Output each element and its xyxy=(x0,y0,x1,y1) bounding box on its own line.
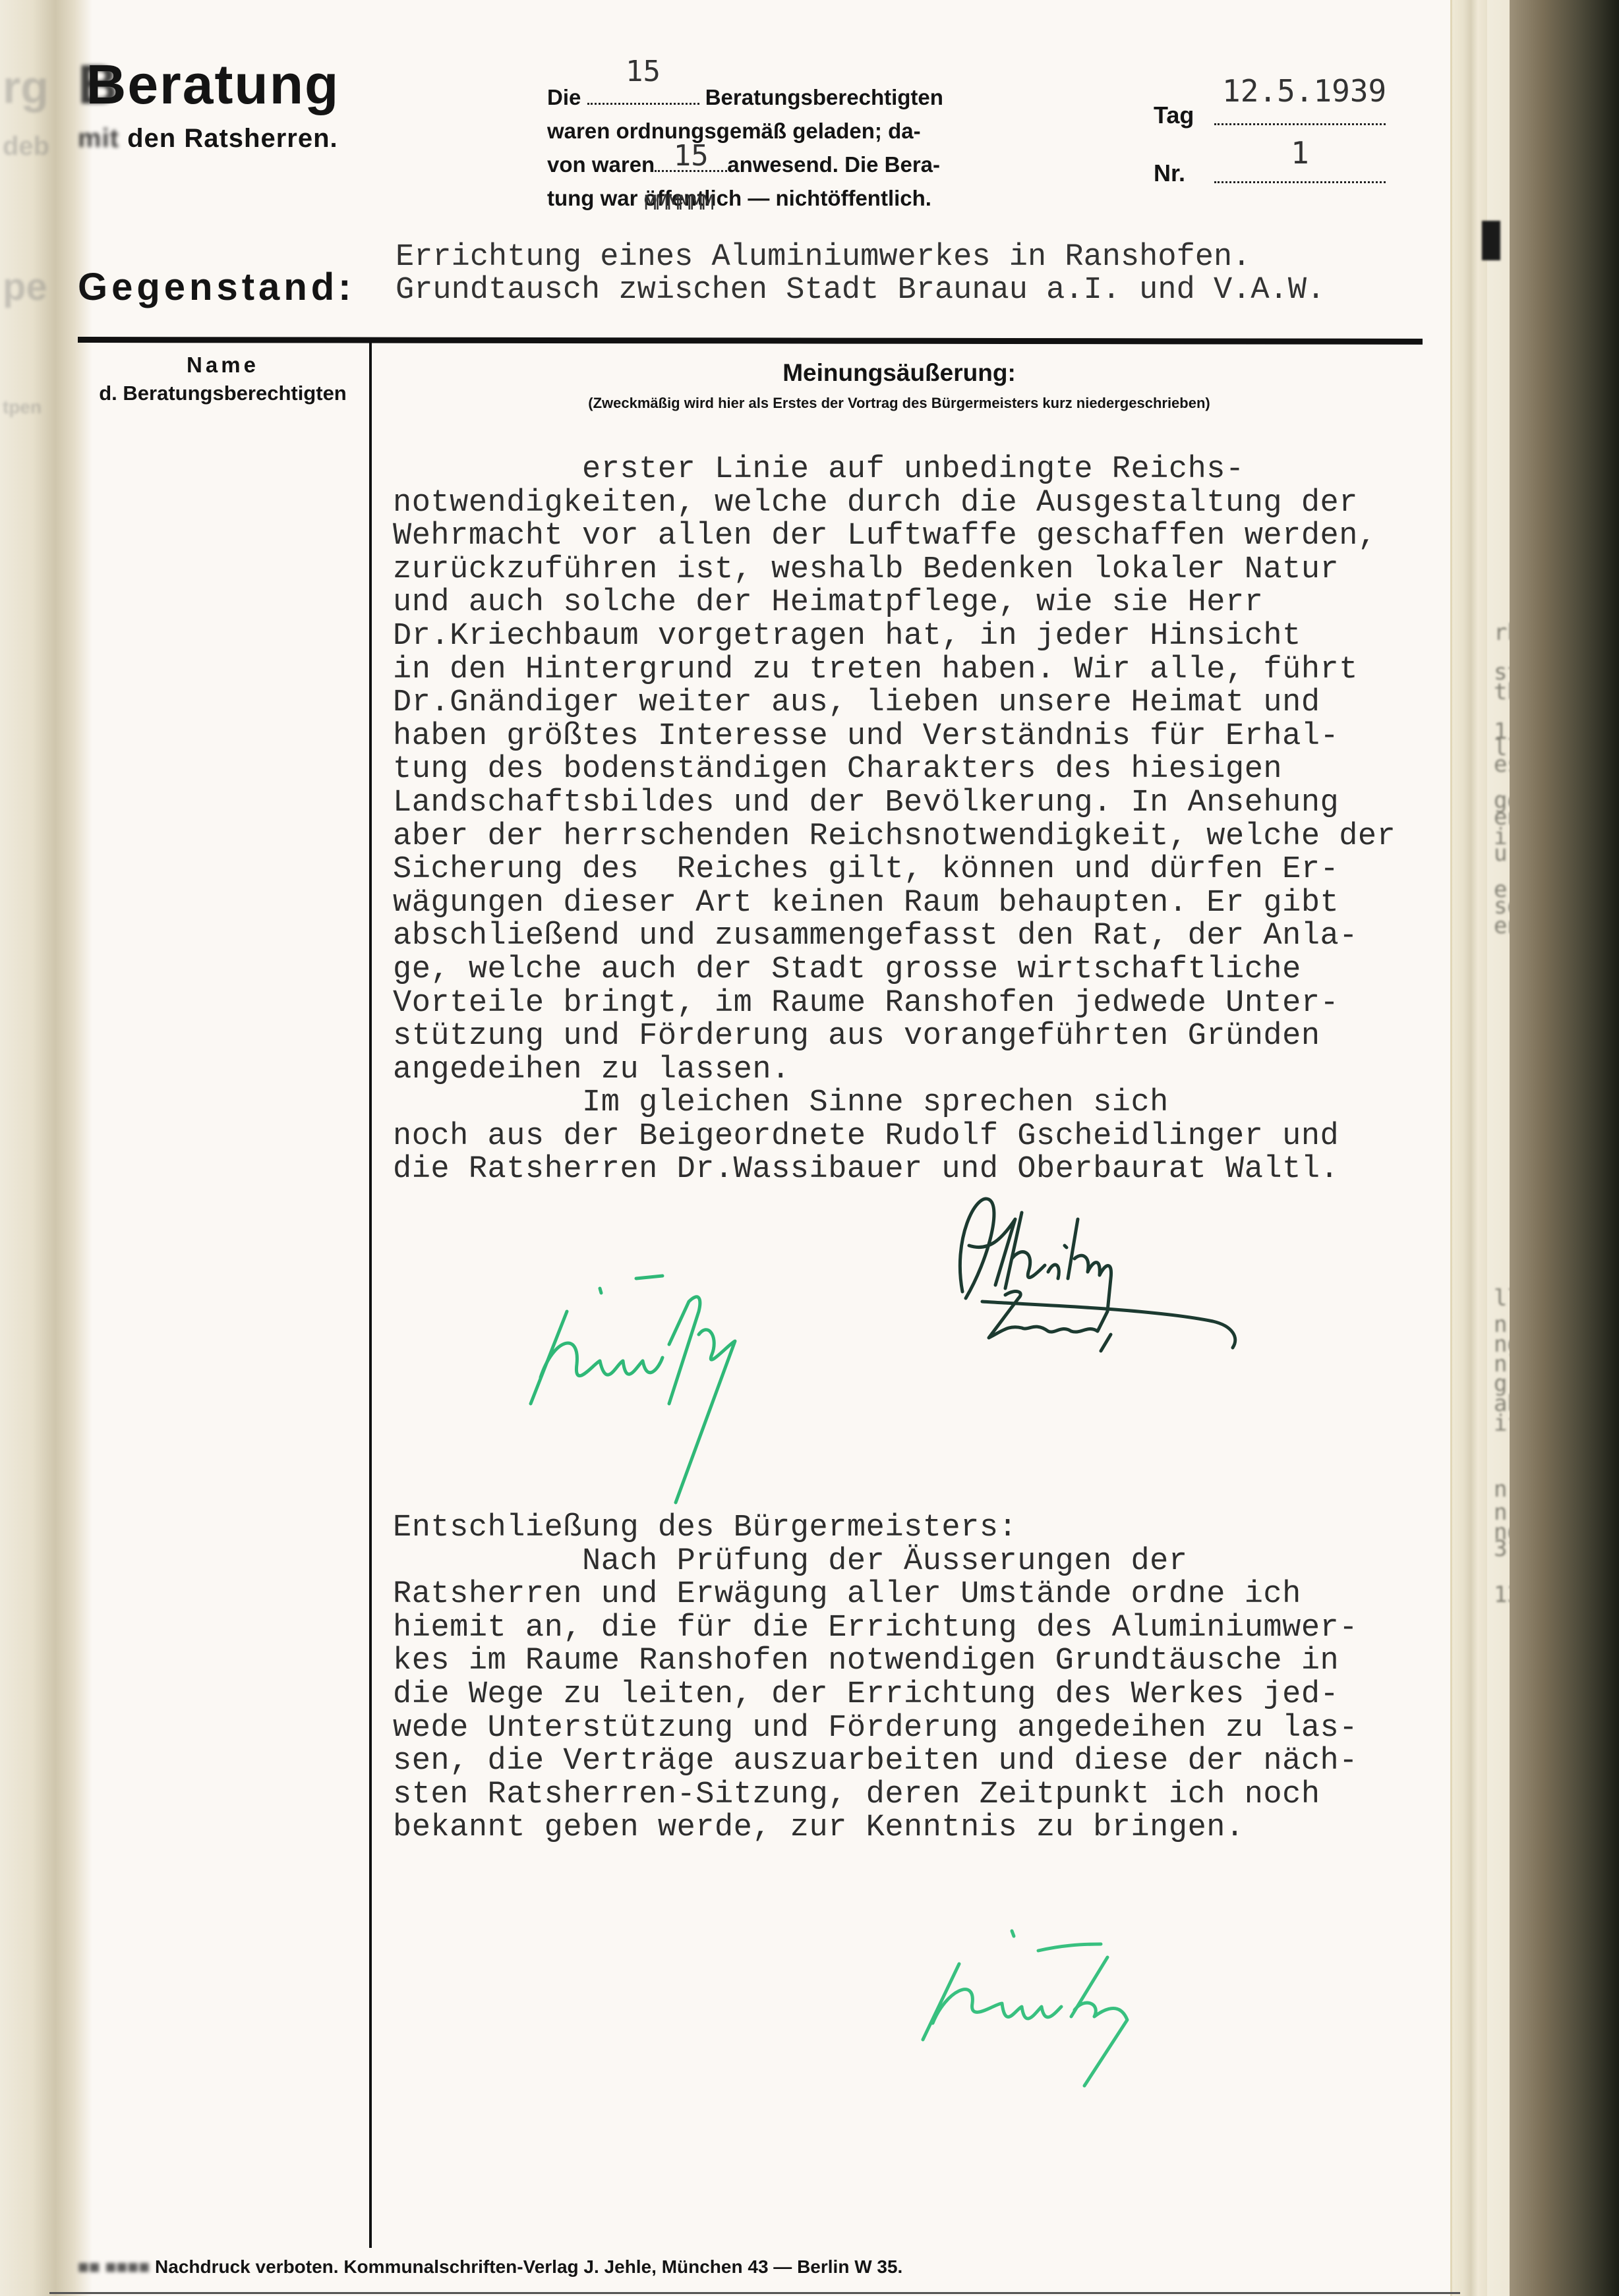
subtitle-prefix: mit xyxy=(78,124,119,153)
opinion-line: wägungen dieser Art keinen Raum behaupte… xyxy=(393,887,1396,921)
binding-shadow xyxy=(1510,0,1619,2296)
label-tung-war: tung war xyxy=(547,186,638,210)
label-die: Die xyxy=(547,85,581,109)
form-subtitle: mit den Ratsherren. xyxy=(78,124,338,154)
opinion-line: stützung und Förderung aus vorangeführte… xyxy=(393,1020,1396,1054)
decision-line: wede Unterstützung und Förderung angedei… xyxy=(393,1712,1358,1746)
opinion-line: notwendigkeiten, welche durch die Ausges… xyxy=(393,487,1396,521)
label-nichtoeffentlich: — nichtöffentlich. xyxy=(748,186,931,210)
opinion-column-subtitle: (Zweckmäßig wird hier als Erstes der Vor… xyxy=(372,395,1427,412)
opinion-line: Vorteile bringt, im Raume Ranshofen jedw… xyxy=(393,987,1396,1021)
invited-count-value: 15 xyxy=(626,55,661,88)
opinion-line: ge, welche auch der Stadt grosse wirtsch… xyxy=(393,954,1396,987)
number-field-row: Nr. 1 xyxy=(1154,129,1386,187)
decision-line: sen, die Verträge auszuarbeiten und dies… xyxy=(393,1745,1358,1779)
decision-line: sten Ratsherren-Sitzung, deren Zeitpunkt… xyxy=(393,1779,1358,1812)
decision-line: Nach Prüfung der Äusserungen der xyxy=(393,1545,1358,1579)
subject-line-1: Errichtung eines Aluminiumwerkes in Rans… xyxy=(396,241,1325,274)
opinion-line: Dr.Gnändiger weiter aus, lieben unsere H… xyxy=(393,687,1396,720)
opinion-line: erster Linie auf unbedingte Reichs- xyxy=(393,453,1396,487)
page-edge xyxy=(1450,0,1489,2296)
mayor-decision: Entschließung des Bürgermeisters: Nach P… xyxy=(393,1512,1358,1845)
subtitle-text: den Ratsherren. xyxy=(127,124,338,153)
opinion-line: zurückzuführen ist, weshalb Bedenken lok… xyxy=(393,554,1396,587)
previous-page-bleed: rg deb pe tpen xyxy=(0,0,73,2296)
councillor-signature xyxy=(949,1180,1279,1367)
footer-text: Nachdruck verboten. Kommunalschriften-Ve… xyxy=(155,2256,902,2277)
page-bottom-edge xyxy=(49,2292,1460,2294)
number-value: 1 xyxy=(1291,135,1309,171)
date-number-block: Tag 12.5.1939 Nr. 1 xyxy=(1154,71,1386,187)
strike-overtype: MMMMMM xyxy=(644,188,713,221)
subject-line-2: Grundtausch zwischen Stadt Braunau a.I. … xyxy=(396,274,1325,307)
mayor-signature-2 xyxy=(910,1924,1252,2138)
opinion-line: in den Hintergrund zu treten haben. Wir … xyxy=(393,654,1396,687)
present-count-field[interactable]: 15 xyxy=(655,150,727,172)
attendance-line-2: waren ordnungsgemäß geladen; da- xyxy=(547,114,969,148)
attendance-line-4: tung war öffentlich MMMMMM — nichtöffent… xyxy=(547,181,969,215)
date-field-row: Tag 12.5.1939 xyxy=(1154,71,1386,129)
opinion-line: Dr.Kriechbaum vorgetragen hat, in jeder … xyxy=(393,620,1396,654)
decision-heading: Entschließung des Bürgermeisters: xyxy=(393,1512,1358,1545)
decision-line: hiemit an, die für die Errichtung des Al… xyxy=(393,1612,1358,1646)
opinion-line: Sicherung des Reiches gilt, können und d… xyxy=(393,853,1396,887)
attendance-statement: Die 15 Beratungsberechtigten waren ordnu… xyxy=(547,80,969,215)
header-divider xyxy=(78,337,1423,345)
opinion-line: haben größtes Interesse und Verständnis … xyxy=(393,720,1396,754)
opinion-column-title: Meinungsäußerung: xyxy=(372,359,1427,387)
form-title: BBeratung xyxy=(78,53,339,117)
title-text: Beratung xyxy=(86,53,340,115)
signature-green-icon xyxy=(910,1924,1252,2135)
struck-option-public: öffentlich MMMMMM xyxy=(644,181,742,215)
column-divider xyxy=(369,341,372,2248)
decision-line: Ratsherren und Erwägung aller Umstände o… xyxy=(393,1578,1358,1612)
opinion-line: aber der herrschenden Reichsnotwendigkei… xyxy=(393,820,1396,854)
date-label: Tag xyxy=(1154,101,1214,129)
number-label: Nr. xyxy=(1154,159,1214,187)
decision-line: kes im Raume Ranshofen notwendigen Grund… xyxy=(393,1645,1358,1679)
footer-form-number: ■■ ■■■■ xyxy=(78,2256,155,2277)
opinion-line: tung des bodenständigen Charakters des h… xyxy=(393,753,1396,787)
opinion-line: Im gleichen Sinne sprechen sich xyxy=(393,1087,1396,1120)
present-count-value: 15 xyxy=(674,139,709,173)
publisher-footer: ■■ ■■■■ Nachdruck verboten. Kommunalschr… xyxy=(78,2256,902,2278)
label-anwesend: anwesend. Die Bera- xyxy=(727,152,940,177)
number-field[interactable]: 1 xyxy=(1214,164,1386,183)
decision-line: bekannt geben werde, zur Kenntnis zu bri… xyxy=(393,1812,1358,1845)
attendance-line-1: Die 15 Beratungsberechtigten xyxy=(547,80,969,114)
signature-green-icon xyxy=(501,1239,844,1450)
attendance-line-3: von waren 15 anwesend. Die Bera- xyxy=(547,148,969,181)
opinion-line: angedeihen zu lassen. xyxy=(393,1054,1396,1087)
name-column-title: Name xyxy=(78,353,368,378)
opinion-column-header: Meinungsäußerung: (Zweckmäßig wird hier … xyxy=(372,359,1427,412)
decision-line: die Wege zu leiten, der Errichtung des W… xyxy=(393,1679,1358,1712)
opinion-text: erster Linie auf unbedingte Reichs-notwe… xyxy=(393,453,1396,1187)
opinion-line: Wehrmacht vor allen der Luftwaffe gescha… xyxy=(393,520,1396,554)
signature-dark-icon xyxy=(949,1180,1279,1364)
name-column-header: Name d. Beratungsberechtigten xyxy=(78,353,368,405)
date-field[interactable]: 12.5.1939 xyxy=(1214,106,1386,125)
date-value: 12.5.1939 xyxy=(1222,73,1386,109)
subject-label: Gegenstand: xyxy=(78,265,355,309)
mayor-signature-1 xyxy=(501,1239,844,1453)
opinion-line: noch aus der Beigeordnete Rudolf Gscheid… xyxy=(393,1120,1396,1154)
name-column-subtitle: d. Beratungsberechtigten xyxy=(78,382,368,405)
opinion-line: Landschaftsbildes und der Bevölkerung. I… xyxy=(393,787,1396,820)
label-von-waren: von waren xyxy=(547,152,655,177)
subject-text: Errichtung eines Aluminiumwerkes in Rans… xyxy=(396,241,1325,307)
opinion-line: abschließend und zusammengefasst den Rat… xyxy=(393,920,1396,954)
page-edge-mark xyxy=(1482,221,1500,260)
label-beratungsberechtigten: Beratungsberechtigten xyxy=(705,85,943,109)
opinion-line: und auch solche der Heimatpflege, wie si… xyxy=(393,587,1396,620)
invited-count-field[interactable]: 15 xyxy=(587,83,699,105)
